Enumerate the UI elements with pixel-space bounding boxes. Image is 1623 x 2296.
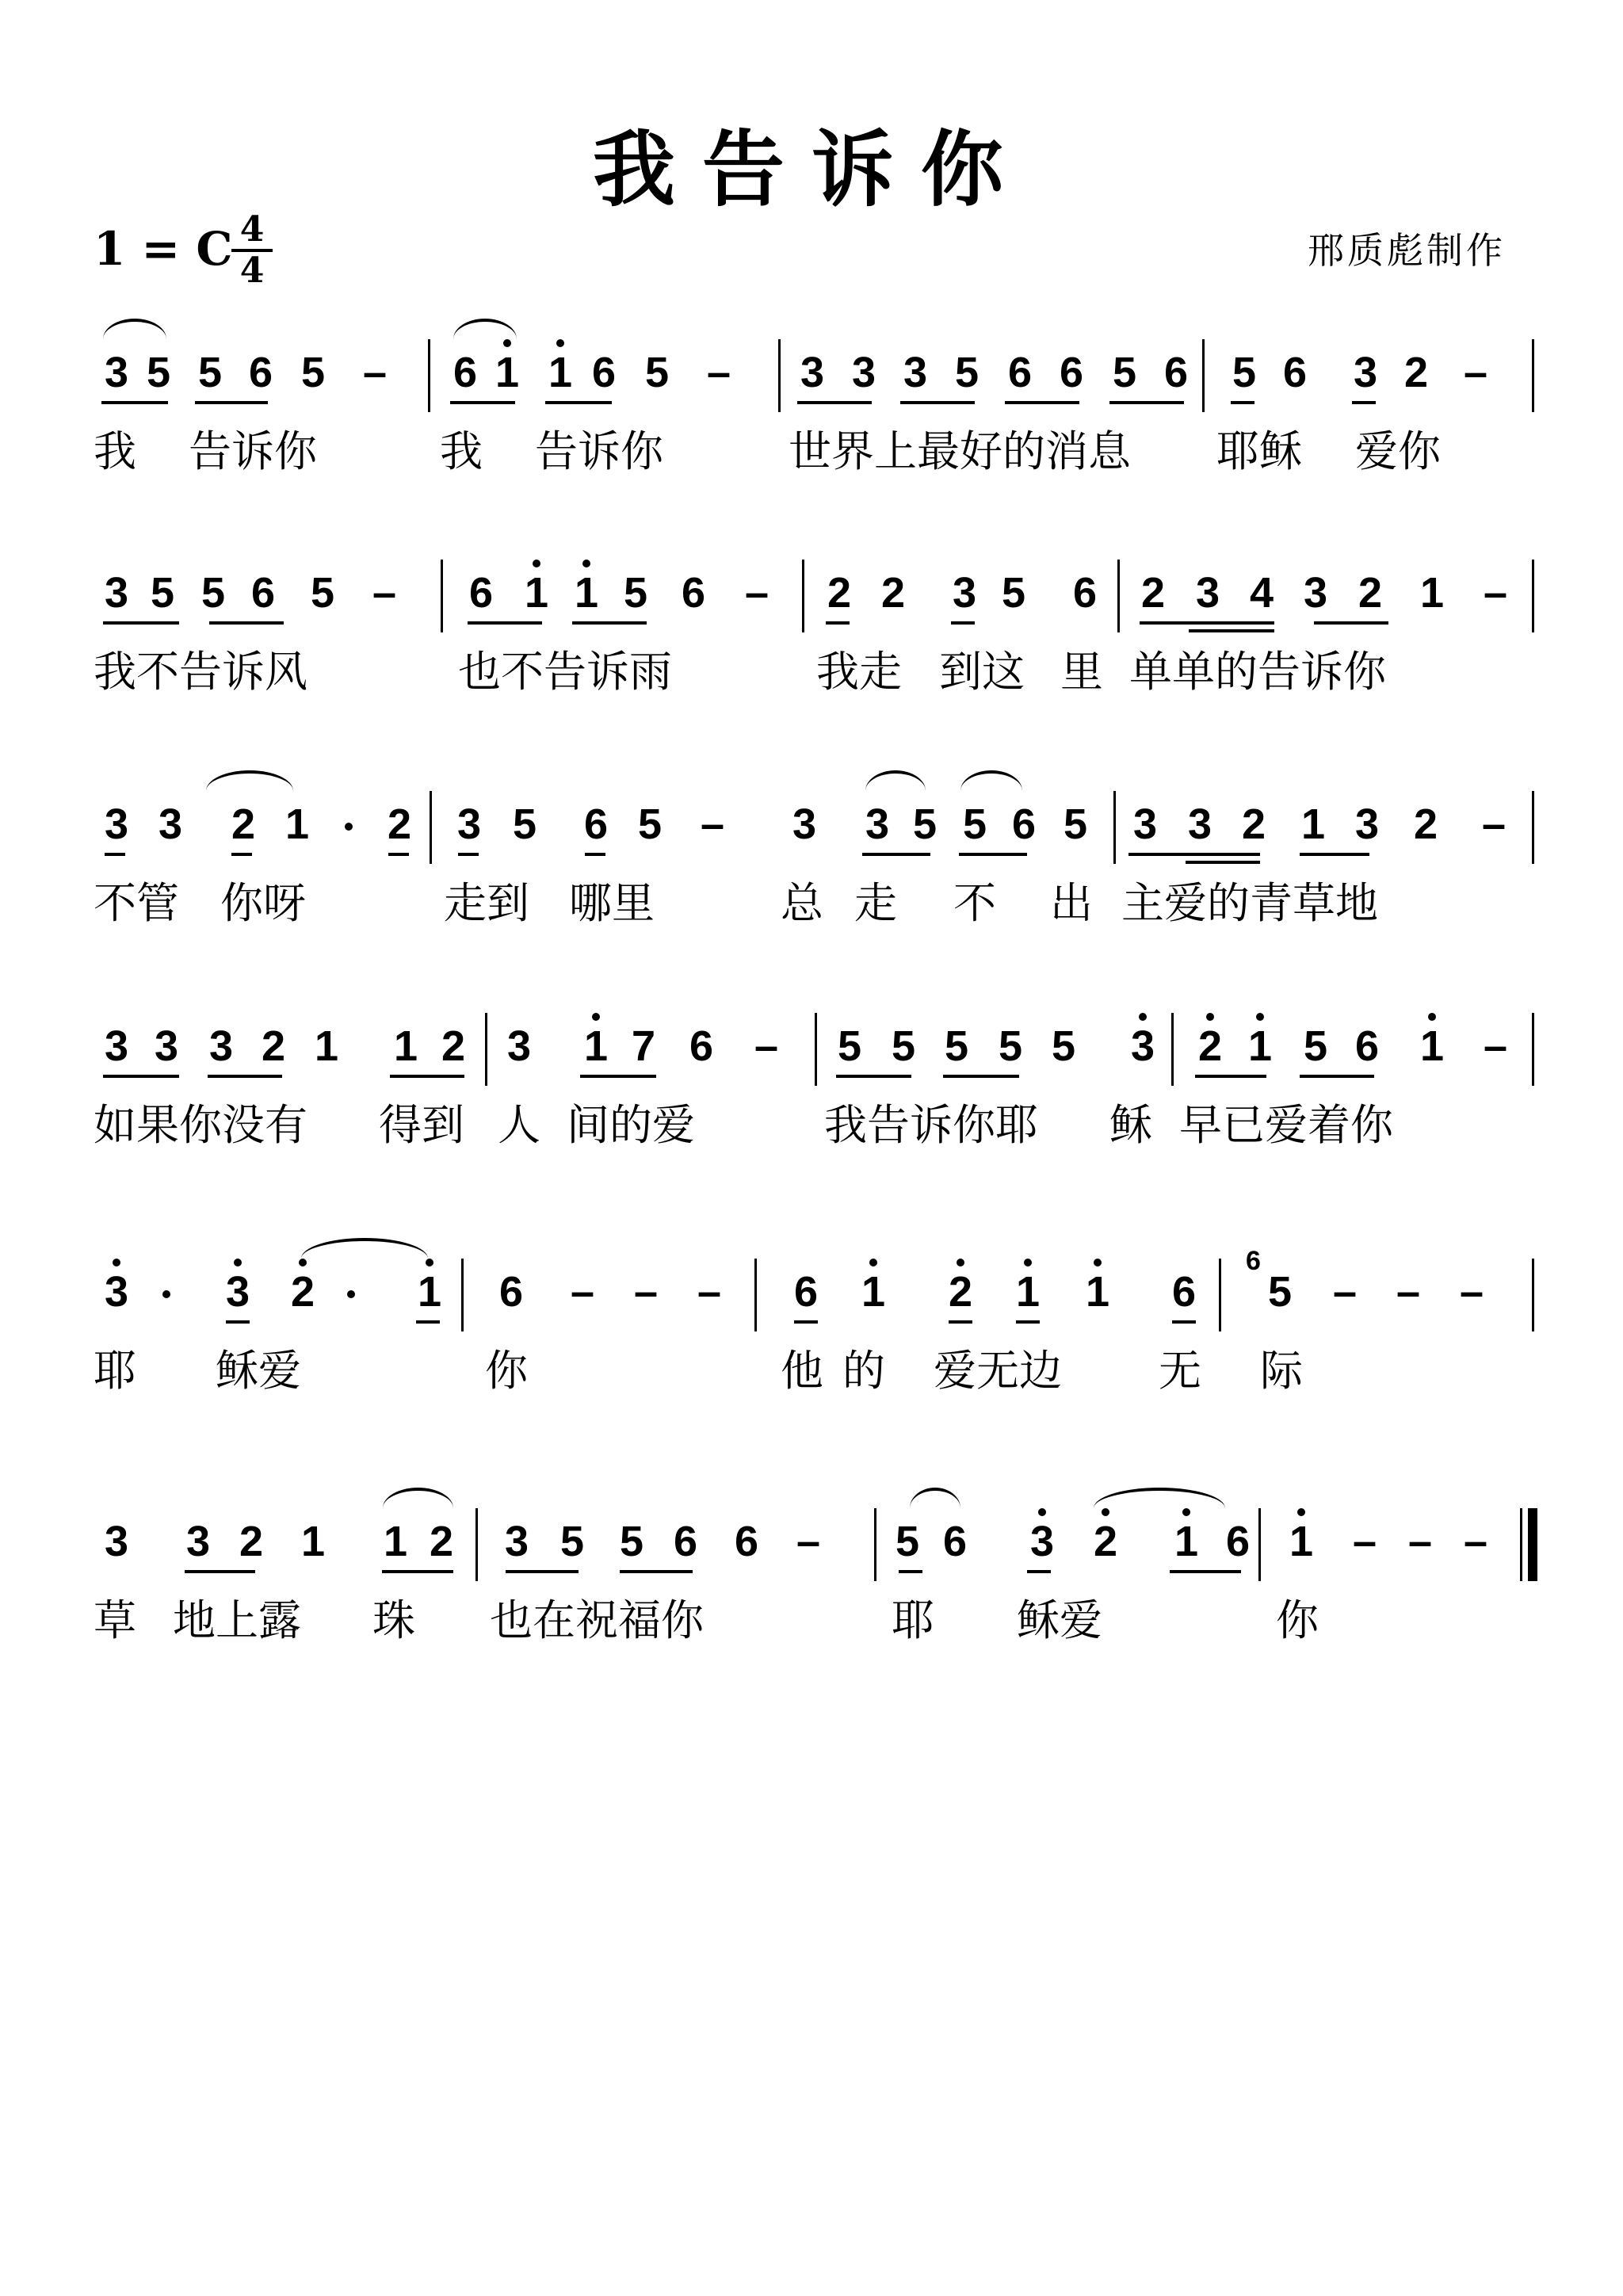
note: 2 [1240, 800, 1267, 848]
high-octave-dot [869, 1259, 877, 1266]
lyric-text: 不 [953, 880, 996, 927]
note: 5 [953, 349, 980, 396]
bar-line [1258, 1508, 1261, 1581]
eighth-beam [1140, 621, 1274, 625]
high-octave-dot [503, 339, 511, 347]
eighth-beam [388, 853, 409, 856]
sustain-dash: – [1462, 349, 1489, 396]
note: 5 [622, 569, 649, 617]
lyric-text: 我不告诉风 [94, 648, 307, 696]
note: 6 [250, 569, 277, 617]
eighth-beam [1027, 1570, 1051, 1573]
note: 6 [1071, 569, 1098, 617]
bar-line [1532, 1259, 1534, 1331]
slur-arc [103, 319, 166, 339]
note: 3 [208, 1022, 235, 1070]
eighth-beam [185, 1570, 255, 1573]
lyric-text: 你 [1276, 1597, 1319, 1645]
bar-line [874, 1508, 876, 1581]
time-signature: 4 4 [231, 212, 273, 288]
note: 7 [630, 1022, 657, 1070]
lyric-text: 耶稣 [1216, 428, 1302, 476]
note: 1 [582, 1022, 609, 1070]
eighth-beam [458, 853, 479, 856]
eighth-beam [1195, 1075, 1266, 1078]
note: 5 [643, 349, 670, 396]
high-octave-dot [1256, 1013, 1264, 1021]
bar-line [1117, 560, 1120, 632]
eighth-beam [1300, 853, 1369, 856]
lyric-text: 际 [1260, 1347, 1303, 1395]
eighth-beam [1109, 401, 1184, 404]
bar-line [778, 339, 781, 412]
high-octave-dot [533, 560, 540, 567]
note: 5 [890, 1022, 917, 1070]
lyric-text: 我走 [816, 648, 902, 696]
slur-arc [960, 770, 1022, 791]
high-octave-dot [556, 339, 564, 347]
note: 1 [1173, 1518, 1200, 1565]
note: 6 [590, 349, 617, 396]
lyric-text: 爱无边 [934, 1347, 1062, 1395]
eighth-beam [1314, 621, 1388, 625]
note: 3 [791, 800, 818, 848]
final-bar-thick [1528, 1508, 1537, 1581]
eighth-beam [209, 621, 284, 625]
note: 3 [850, 349, 877, 396]
note: 6 [1010, 800, 1037, 848]
note: 1 [300, 1518, 327, 1565]
note: 5 [1302, 1022, 1329, 1070]
lyric-text: 间的爱 [567, 1102, 695, 1149]
lyric-text: 主爱的青草地 [1121, 880, 1378, 927]
note: 2 [289, 1268, 316, 1316]
note: 5 [1231, 349, 1258, 396]
bar-line [1532, 791, 1534, 864]
augmentation-dot [347, 1290, 355, 1298]
high-octave-dot [113, 1259, 120, 1266]
key-signature: 1 = C [94, 222, 233, 276]
eighth-beam [416, 1320, 440, 1324]
note: 3 [503, 1518, 530, 1565]
lyric-text: 人 [498, 1102, 540, 1149]
note: 3 [864, 800, 891, 848]
eighth-beam [208, 1075, 282, 1078]
note: 3 [951, 569, 978, 617]
bar-line [1532, 339, 1534, 412]
lyric-text: 得到 [379, 1102, 464, 1149]
eighth-beam [103, 1075, 179, 1078]
lyric-text: 告诉你 [535, 428, 663, 476]
note: 1 [1014, 1268, 1041, 1316]
eighth-beam [231, 853, 252, 856]
eighth-beam [450, 401, 515, 404]
note: 1 [382, 1518, 409, 1565]
note: 3 [1194, 569, 1221, 617]
sustain-dash: – [699, 800, 726, 848]
high-octave-dot [1102, 1508, 1109, 1516]
eighth-beam [900, 401, 975, 404]
sustain-dash: – [361, 349, 388, 396]
lyric-text: 无 [1159, 1347, 1201, 1395]
bar-line [461, 1259, 464, 1331]
note: 5 [511, 800, 538, 848]
note: 2 [238, 1518, 265, 1565]
note: 1 [1247, 1022, 1274, 1070]
lyric-text: 爱你 [1355, 428, 1441, 476]
high-octave-dot [1428, 1013, 1436, 1021]
sustain-dash: – [1407, 1518, 1434, 1565]
note: 5 [1266, 1268, 1293, 1316]
note: 3 [799, 349, 826, 396]
note: 6 [1058, 349, 1085, 396]
note: 6 [672, 1518, 699, 1565]
note: 6 [1224, 1518, 1251, 1565]
note: 1 [392, 1022, 419, 1070]
high-octave-dot [1206, 1013, 1214, 1021]
note: 3 [103, 569, 130, 617]
bar-line [1171, 1013, 1174, 1086]
lyric-text: 走到 [444, 880, 529, 927]
note: 3 [185, 1518, 212, 1565]
sustain-dash: – [1480, 800, 1507, 848]
note: 1 [523, 569, 550, 617]
note: 3 [902, 349, 929, 396]
lyric-text: 耶 [892, 1597, 934, 1645]
high-octave-dot [957, 1259, 964, 1266]
note: 3 [456, 800, 483, 848]
note: 1 [1084, 1268, 1111, 1316]
note: 5 [636, 800, 663, 848]
lyric-text: 总 [781, 880, 823, 927]
note: 3 [506, 1022, 533, 1070]
lyric-text: 地上露 [173, 1597, 301, 1645]
note: 2 [260, 1022, 287, 1070]
sustain-dash: – [632, 1268, 659, 1316]
note: 2 [947, 1268, 974, 1316]
lyric-text: 出 [1050, 880, 1093, 927]
eighth-beam [1170, 1570, 1241, 1573]
note: 1 [860, 1268, 887, 1316]
note: 3 [103, 800, 130, 848]
sustain-dash: – [1482, 569, 1509, 617]
high-octave-dot [426, 1259, 433, 1266]
high-octave-dot [234, 1259, 242, 1266]
eighth-beam [382, 1570, 453, 1573]
slur-arc [206, 770, 293, 791]
sustain-dash: – [1395, 1268, 1422, 1316]
time-signature-denominator: 4 [231, 254, 273, 288]
note: 3 [103, 349, 130, 396]
note: 3 [103, 1268, 130, 1316]
lyric-text: 不管 [94, 880, 179, 927]
high-octave-dot [1297, 1508, 1305, 1516]
note: 2 [230, 800, 257, 848]
eighth-beam [1172, 1320, 1196, 1324]
bar-line [815, 1013, 817, 1086]
note: 3 [1302, 569, 1329, 617]
eighth-beam [580, 1075, 656, 1078]
note: 1 [1419, 1022, 1445, 1070]
eighth-beam [826, 621, 850, 625]
eighth-beam [105, 853, 125, 856]
note: 5 [1050, 1022, 1077, 1070]
eighth-beam [468, 621, 542, 625]
eighth-beam [1016, 1320, 1040, 1324]
song-title: 我告诉你 [0, 103, 1623, 222]
note: 2 [428, 1518, 455, 1565]
note: 1 [313, 1022, 340, 1070]
note: 2 [880, 569, 907, 617]
bar-line [754, 1259, 757, 1331]
note: 6 [733, 1518, 760, 1565]
note: 2 [386, 800, 413, 848]
lyric-text: 哪里 [569, 880, 655, 927]
eighth-beam [794, 1320, 818, 1324]
note: 2 [1412, 800, 1439, 848]
slur-arc [910, 1488, 960, 1508]
note: 5 [911, 800, 938, 848]
note: 3 [1132, 800, 1159, 848]
lyric-text: 稣 [1109, 1102, 1152, 1149]
note: 3 [103, 1022, 130, 1070]
bar-line [485, 1013, 487, 1086]
eighth-beam [949, 1320, 972, 1324]
note: 5 [309, 569, 336, 617]
note: 5 [559, 1518, 586, 1565]
note: 2 [440, 1022, 467, 1070]
sustain-dash: – [743, 569, 770, 617]
note: 2 [1357, 569, 1384, 617]
sustain-dash: – [696, 1268, 723, 1316]
note: 6 [1006, 349, 1033, 396]
time-signature-numerator: 4 [231, 212, 273, 247]
note: 6 [1354, 1022, 1381, 1070]
sixteenth-beam [1189, 629, 1274, 632]
eighth-beam [1231, 401, 1254, 404]
sustain-dash: – [1331, 1268, 1358, 1316]
sustain-dash: – [705, 349, 732, 396]
high-octave-dot [1038, 1508, 1046, 1516]
note: 5 [149, 569, 176, 617]
lyric-text: 稣爱 [1017, 1597, 1102, 1645]
bar-line [428, 339, 430, 412]
final-bar-thin [1520, 1508, 1522, 1581]
note: 6 [452, 349, 479, 396]
lyric-text: 早已爱着你 [1179, 1102, 1393, 1149]
note: 6 [792, 1268, 819, 1316]
note: 5 [200, 569, 227, 617]
lyric-text: 我告诉你耶 [824, 1102, 1038, 1149]
note: 1 [1419, 569, 1445, 617]
note: 1 [573, 569, 600, 617]
lyric-text: 世界上最好的消息 [789, 428, 1131, 476]
note: 5 [1000, 569, 1027, 617]
bar-line [475, 1508, 478, 1581]
eighth-beam [101, 401, 168, 404]
eighth-beam [1005, 401, 1079, 404]
note: 3 [103, 1518, 130, 1565]
note: 2 [1092, 1518, 1119, 1565]
sustain-dash: – [1482, 1022, 1509, 1070]
lyric-text: 的 [842, 1347, 885, 1395]
note: 6 [1170, 1268, 1197, 1316]
note: 5 [300, 349, 327, 396]
eighth-beam [959, 853, 1027, 856]
note: 6 [468, 569, 495, 617]
note: 6 [498, 1268, 525, 1316]
high-octave-dot [299, 1259, 307, 1266]
note: 1 [1300, 800, 1327, 848]
note: 6 [680, 569, 707, 617]
eighth-beam [585, 853, 605, 856]
lyric-text: 他 [781, 1347, 823, 1395]
lyric-text: 到这 [939, 648, 1025, 696]
lyric-text: 你 [485, 1347, 528, 1395]
note: 2 [1197, 1022, 1224, 1070]
eighth-beam [943, 1075, 1019, 1078]
eighth-beam [899, 1570, 922, 1573]
note: 3 [1029, 1518, 1056, 1565]
eighth-beam [506, 1570, 579, 1573]
note: 5 [997, 1022, 1024, 1070]
note: 1 [416, 1268, 443, 1316]
eighth-beam [1300, 1075, 1374, 1078]
high-octave-dot [1139, 1013, 1147, 1021]
note: 5 [197, 349, 223, 396]
bar-line [1202, 339, 1205, 412]
eighth-beam [862, 853, 930, 856]
bar-line [441, 560, 443, 632]
eighth-beam [226, 1320, 250, 1324]
eighth-beam [620, 1570, 693, 1573]
lyric-text: 珠 [372, 1597, 415, 1645]
slur-arc [865, 770, 926, 791]
note: 3 [1186, 800, 1213, 848]
lyric-text: 稣爱 [216, 1347, 301, 1395]
note: 2 [1403, 349, 1430, 396]
augmentation-dot [345, 823, 353, 831]
note: 5 [894, 1518, 921, 1565]
note: 2 [1140, 569, 1167, 617]
eighth-beam [390, 1075, 464, 1078]
note: 6 [247, 349, 274, 396]
eighth-beam [572, 621, 647, 625]
slur-arc [301, 1238, 428, 1259]
note: 4 [1248, 569, 1275, 617]
lyric-text: 告诉你 [189, 428, 317, 476]
slur-arc [453, 319, 517, 339]
bar-line [1113, 791, 1116, 864]
sustain-dash: – [569, 1268, 596, 1316]
bar-line [802, 560, 804, 632]
sustain-dash: – [753, 1022, 780, 1070]
bar-line [1219, 1259, 1221, 1331]
author-credit: 邢质彪制作 [1308, 222, 1506, 274]
high-octave-dot [1182, 1508, 1190, 1516]
note: 5 [145, 349, 172, 396]
sustain-dash: – [1462, 1518, 1489, 1565]
lyric-text: 也在祝福你 [490, 1597, 704, 1645]
note: 6 [1281, 349, 1308, 396]
eighth-beam [951, 621, 975, 625]
note: 1 [494, 349, 521, 396]
lyric-text: 我 [440, 428, 483, 476]
lyric-text: 单单的告诉你 [1129, 648, 1386, 696]
eighth-beam [195, 401, 268, 404]
grace-note: 6 [1246, 1246, 1261, 1277]
slur-arc [383, 1488, 453, 1508]
high-octave-dot [1094, 1259, 1102, 1266]
note: 5 [836, 1022, 863, 1070]
note: 6 [688, 1022, 715, 1070]
note: 6 [941, 1518, 968, 1565]
bar-line [1532, 1013, 1534, 1086]
note: 1 [547, 349, 574, 396]
note: 1 [284, 800, 311, 848]
note: 3 [1354, 800, 1381, 848]
note: 3 [1352, 349, 1379, 396]
note: 3 [1129, 1022, 1156, 1070]
sustain-dash: – [371, 569, 398, 617]
high-octave-dot [582, 560, 590, 567]
note: 6 [582, 800, 609, 848]
bar-line [1532, 560, 1534, 632]
note: 2 [826, 569, 853, 617]
lyric-text: 也不告诉雨 [458, 648, 672, 696]
eighth-beam [836, 1075, 911, 1078]
note: 1 [1288, 1518, 1315, 1565]
note: 5 [961, 800, 988, 848]
eighth-beam [797, 401, 872, 404]
sixteenth-beam [1186, 861, 1260, 864]
note: 5 [1062, 800, 1089, 848]
lyric-text: 耶 [94, 1347, 136, 1395]
lyric-text: 我 [94, 428, 136, 476]
note: 5 [1111, 349, 1138, 396]
note: 6 [1163, 349, 1190, 396]
bar-line [430, 791, 432, 864]
eighth-beam [1352, 401, 1376, 404]
high-octave-dot [1024, 1259, 1032, 1266]
sustain-dash: – [1458, 1268, 1485, 1316]
note: 5 [618, 1518, 645, 1565]
lyric-text: 走 [854, 880, 897, 927]
augmentation-dot [162, 1290, 170, 1298]
sustain-dash: – [795, 1518, 822, 1565]
note: 5 [943, 1022, 970, 1070]
lyric-text: 里 [1060, 648, 1103, 696]
note: 3 [224, 1268, 251, 1316]
high-octave-dot [592, 1013, 600, 1021]
lyric-text: 草 [94, 1597, 136, 1645]
lyric-text: 如果你没有 [94, 1102, 307, 1149]
eighth-beam [545, 401, 612, 404]
eighth-beam [103, 621, 179, 625]
eighth-beam [1128, 853, 1260, 856]
note: 3 [157, 800, 184, 848]
slur-arc [1094, 1488, 1225, 1508]
lyric-text: 你呀 [220, 880, 306, 927]
note: 3 [153, 1022, 180, 1070]
sustain-dash: – [1351, 1518, 1378, 1565]
